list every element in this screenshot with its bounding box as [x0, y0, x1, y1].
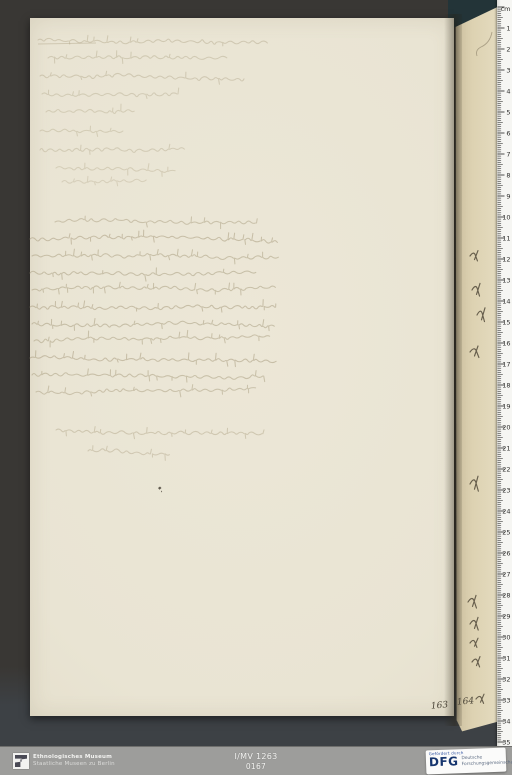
footer-bar: Ethnologisches Museum Staatliche Museen … — [0, 746, 512, 775]
folio-number-left: 163 — [431, 701, 449, 711]
scan-viewport: cm12345678910111213141516171819202122232… — [0, 0, 512, 775]
folio-number-right: 164 — [457, 697, 475, 707]
dfg-acronym: DFG — [429, 755, 459, 769]
object-id: I/MV 1263 — [234, 752, 277, 762]
scan-number: 0167 — [246, 762, 266, 771]
manuscript-page — [30, 18, 454, 716]
measurement-ruler — [497, 0, 512, 747]
dfg-logo: Gefördert durch DFG Deutsche Forschungsg… — [426, 748, 507, 775]
dfg-name-line2: Forschungsgemeinschaft — [462, 760, 512, 767]
facing-page-edge — [452, 0, 498, 747]
